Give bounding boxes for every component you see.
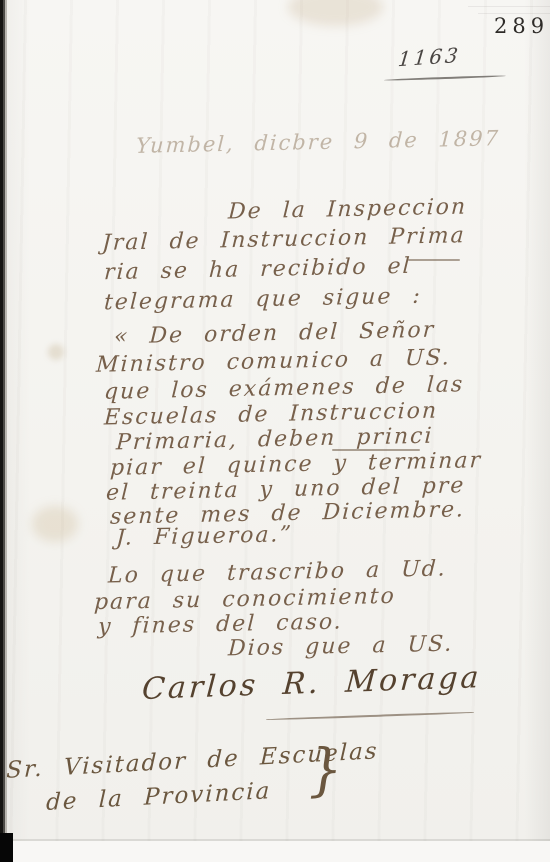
hyphen-dash — [408, 259, 460, 261]
letter-line: Jral de Instruccion Prima — [101, 223, 466, 256]
letter-line: « De orden del Señor — [113, 318, 435, 350]
letter-line: ria se ha recibido el — [103, 254, 412, 285]
addressee-line: de la Provincia — [46, 778, 272, 816]
paper-stain — [288, 0, 383, 26]
paper-stain — [32, 506, 78, 542]
scanner-left-edge — [0, 0, 9, 862]
scanned-letter-page: 289 1163 Yumbel, dicbre 9 de 1897 De la … — [0, 0, 550, 862]
signature-flourish — [266, 711, 474, 720]
dateline: Yumbel, dicbre 9 de 1897 — [135, 126, 500, 158]
page-stamp-number: 289 — [494, 14, 549, 38]
crease-line — [468, 6, 550, 7]
scanner-left-edge-corner — [0, 833, 13, 862]
addressee-brace: } — [307, 736, 344, 803]
folio-number: 1163 — [397, 43, 462, 72]
letter-line: Dios gue a US. — [227, 632, 454, 662]
letter-line: De la Inspeccion — [227, 194, 467, 224]
scanner-background — [9, 841, 550, 862]
letter-line: Lo que trascribo a Ud. — [107, 556, 447, 588]
letter-line: telegrama que sigue : — [103, 284, 422, 316]
hyphen-dash — [332, 449, 420, 451]
folio-underline — [384, 75, 506, 81]
signature: Carlos R. Moraga — [141, 660, 483, 707]
paper-stain — [48, 344, 64, 360]
letter-line: J. Figueroa.” — [115, 522, 293, 551]
